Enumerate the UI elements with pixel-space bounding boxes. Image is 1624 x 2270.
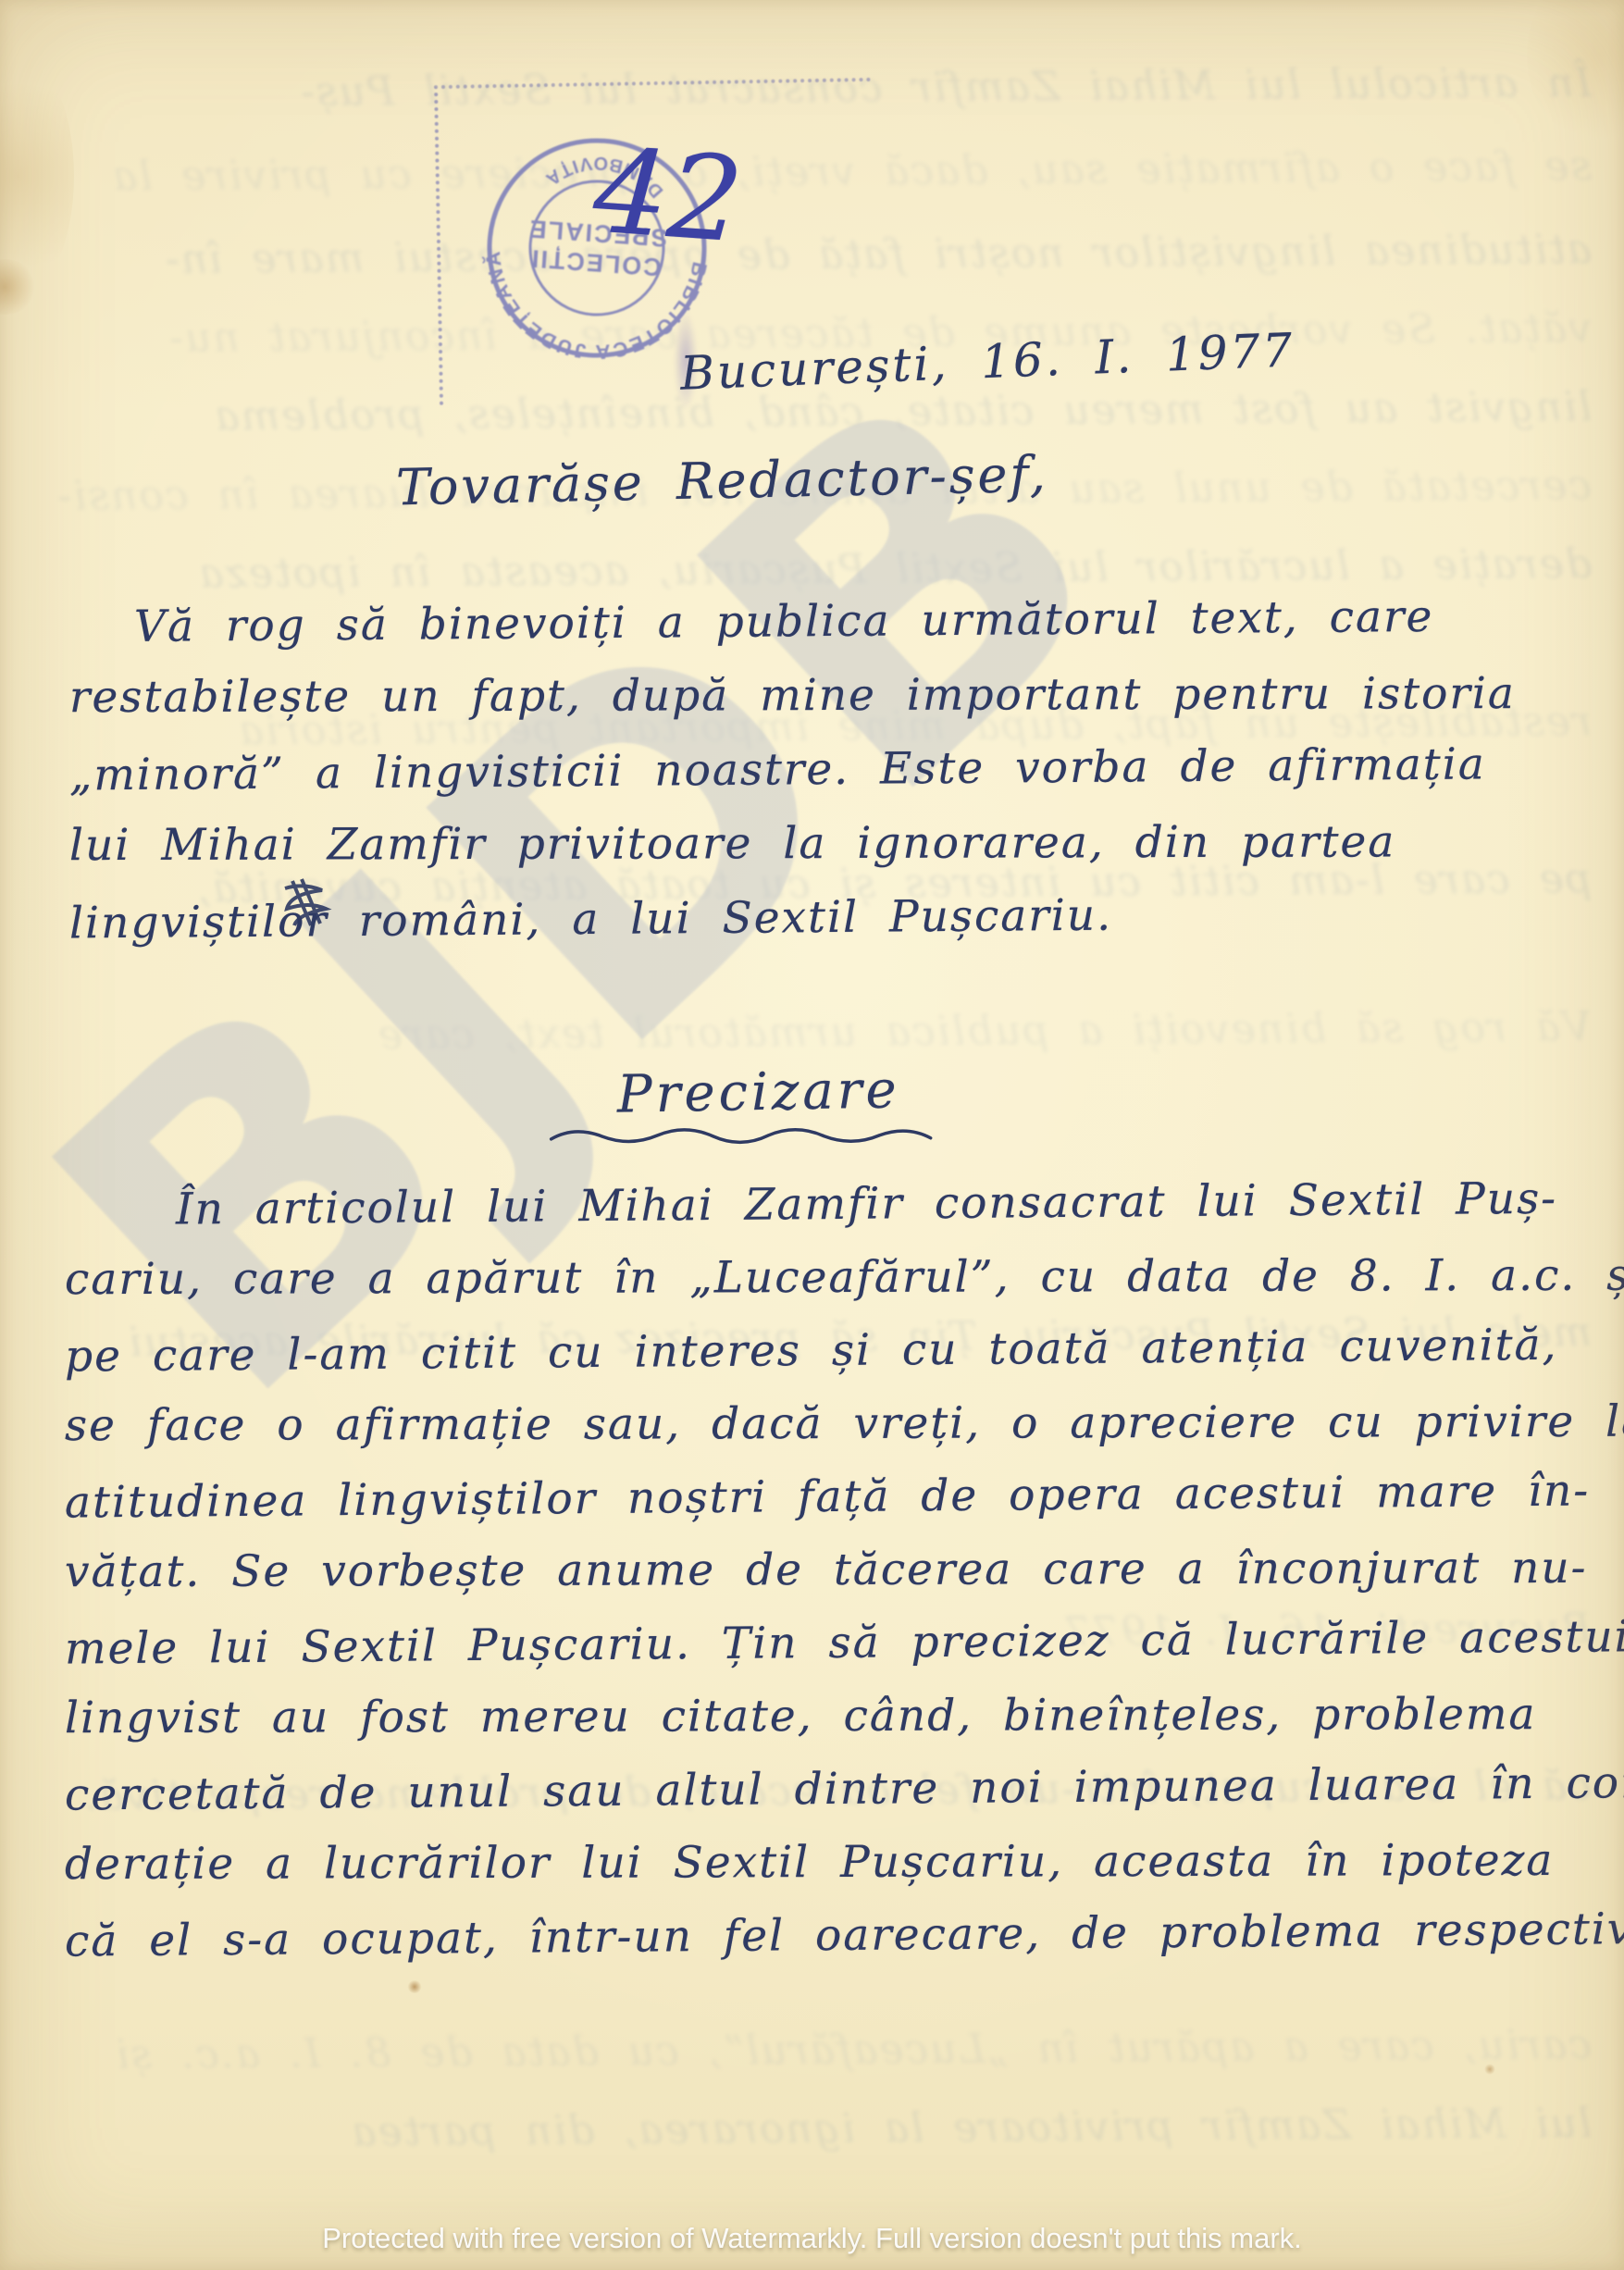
letter-line: că el s-a ocupat, într-un fel oarecare, … (65, 1893, 1593, 1978)
paper-stain (0, 259, 37, 315)
heading-text: Precizare (616, 1060, 900, 1124)
ink-bleedthrough-line: cariu, care a apărut în „Luceafărul”, cu… (37, 2021, 1592, 2079)
letter-line: lingvist au fost mereu citate, când, bin… (65, 1678, 1592, 1755)
letter-line: derație a lucrărilor lui Sextil Pușcariu… (65, 1824, 1592, 1901)
letter-line: cariu, care a apărut în „Luceafărul”, cu… (65, 1239, 1592, 1316)
watermarkly-footer-text: Protected with free version of Watermark… (0, 2222, 1624, 2255)
letter-line: „minoră” a lingvisticii noastre. Este vo… (69, 727, 1588, 813)
letter-line: cercetată de unul sau altul dintre noi i… (65, 1747, 1593, 1832)
letter-heading: Precizare (545, 1059, 972, 1148)
letter-line: atitudinea lingviștilor noștri față de o… (65, 1455, 1593, 1540)
strikethrough-scribble (274, 875, 339, 931)
letter-line: pe care l-am citit cu interes și cu toat… (65, 1309, 1593, 1394)
letter-paragraph-2: În articolul lui Mihai Zamfir consacrat … (65, 1168, 1592, 1972)
wavy-underline (546, 1121, 972, 1148)
letter-line: Vă rog să binevoiți a publica următorul … (69, 579, 1588, 665)
letter-line: lui Mihai Zamfir privitoare la ignorarea… (69, 805, 1587, 883)
letter-line: se face o afirmație sau, dacă vreți, o a… (65, 1385, 1592, 1462)
letter-line: mele lui Sextil Pușcariu. Țin să precize… (65, 1601, 1593, 1686)
letter-line: vățat. Se vorbește anume de tăcerea care… (65, 1532, 1592, 1608)
letter-line: restabilește un fapt, după mine importan… (69, 657, 1587, 735)
letter-line: În articolul lui Mihai Zamfir consacrat … (65, 1162, 1593, 1247)
handwritten-archive-number: 42 (589, 123, 747, 269)
paper-speck (407, 1980, 422, 1993)
ink-bleedthrough-line: lui Mihai Zamfir privitoare la ignorarea… (37, 2100, 1592, 2158)
